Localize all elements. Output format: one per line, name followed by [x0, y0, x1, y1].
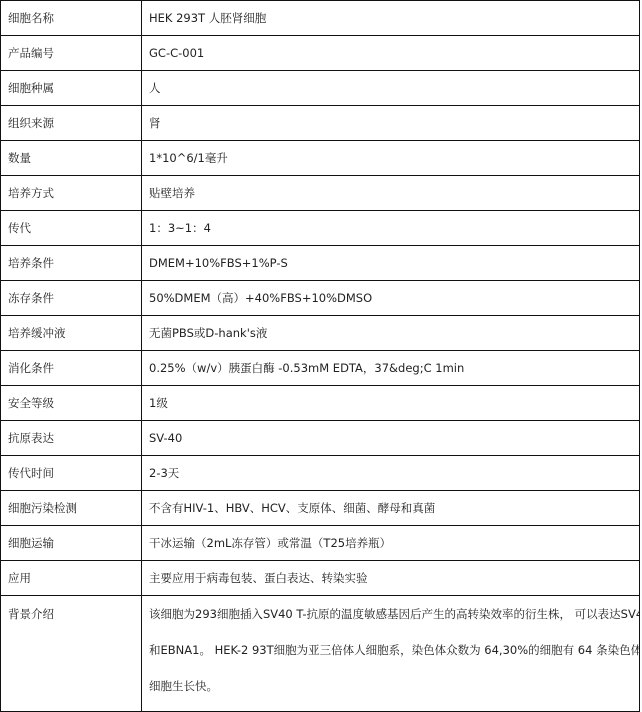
row-label: 组织来源 [1, 106, 142, 141]
row-value: 不含有HIV-1、HBV、HCV、支原体、细菌、酵母和真菌 [142, 491, 640, 526]
row-value: 50%DMEM（高）+40%FBS+10%DMSO [142, 281, 640, 316]
table-row-digestion: 消化条件 0.25%（w/v）胰蛋白酶 -0.53mM EDTA，37&deg;… [1, 351, 640, 386]
row-label: 培养条件 [1, 246, 142, 281]
row-value: 干冰运输（2mL冻存管）或常温（T25培养瓶） [142, 526, 640, 561]
row-value: 1*10^6/1毫升 [142, 141, 640, 176]
row-label: 抗原表达 [1, 421, 142, 456]
table-row-quantity: 数量 1*10^6/1毫升 [1, 141, 640, 176]
row-label: 应用 [1, 561, 142, 596]
row-label: 培养缓冲液 [1, 316, 142, 351]
row-label: 细胞运输 [1, 526, 142, 561]
row-label: 产品编号 [1, 36, 142, 71]
row-value: 肾 [142, 106, 640, 141]
table-row-culture-conditions: 培养条件 DMEM+10%FBS+1%P-S [1, 246, 640, 281]
row-label: 细胞污染检测 [1, 491, 142, 526]
background-line: 和EBNA1。 HEK-2 93T细胞为亚三倍体人细胞系，染色体众数为 64,3… [149, 632, 632, 668]
table-row-species: 细胞种属 人 [1, 71, 640, 106]
row-label: 培养方式 [1, 176, 142, 211]
table-row-freezing-conditions: 冻存条件 50%DMEM（高）+40%FBS+10%DMSO [1, 281, 640, 316]
row-label: 消化条件 [1, 351, 142, 386]
table-row-contamination: 细胞污染检测 不含有HIV-1、HBV、HCV、支原体、细菌、酵母和真菌 [1, 491, 640, 526]
background-line: 该细胞为293细胞插入SV40 T-抗原的温度敏感基因后产生的高转染效率的衍生株… [149, 596, 632, 632]
row-value: 1级 [142, 386, 640, 421]
row-value: 贴壁培养 [142, 176, 640, 211]
row-label: 安全等级 [1, 386, 142, 421]
table-row-shipping: 细胞运输 干冰运输（2mL冻存管）或常温（T25培养瓶） [1, 526, 640, 561]
table-row-buffer: 培养缓冲液 无菌PBS或D-hank's液 [1, 316, 640, 351]
row-value: 主要应用于病毒包装、蛋白表达、转染实验 [142, 561, 640, 596]
table-row-application: 应用 主要应用于病毒包装、蛋白表达、转染实验 [1, 561, 640, 596]
table-row-product-code: 产品编号 GC-C-001 [1, 36, 640, 71]
table-row-tissue-source: 组织来源 肾 [1, 106, 640, 141]
row-value: DMEM+10%FBS+1%P-S [142, 246, 640, 281]
row-label: 数量 [1, 141, 142, 176]
row-value: SV-40 [142, 421, 640, 456]
table-row-safety-level: 安全等级 1级 [1, 386, 640, 421]
table-row-cell-name: 细胞名称 HEK 293T 人胚肾细胞 [1, 1, 640, 36]
row-label: 传代时间 [1, 456, 142, 491]
row-label: 冻存条件 [1, 281, 142, 316]
table-row-culture-method: 培养方式 贴壁培养 [1, 176, 640, 211]
row-value: 无菌PBS或D-hank's液 [142, 316, 640, 351]
background-text: 该细胞为293细胞插入SV40 T-抗原的温度敏感基因后产生的高转染效率的衍生株… [142, 596, 640, 710]
cell-spec-table: 细胞名称 HEK 293T 人胚肾细胞 产品编号 GC-C-001 细胞种属 人… [0, 0, 640, 709]
background-line: 细胞生长快。 [149, 668, 632, 704]
table-row-passage-time: 传代时间 2-3天 [1, 456, 640, 491]
row-label: 细胞名称 [1, 1, 142, 36]
row-value: HEK 293T 人胚肾细胞 [142, 1, 640, 36]
row-label: 传代 [1, 211, 142, 246]
table-row-background: 背景介绍 该细胞为293细胞插入SV40 T-抗原的温度敏感基因后产生的高转染效… [1, 596, 640, 710]
row-value: 人 [142, 71, 640, 106]
row-value: GC-C-001 [142, 36, 640, 71]
row-value: 2-3天 [142, 456, 640, 491]
table-row-passage: 传代 1：3~1：4 [1, 211, 640, 246]
table-row-antigen: 抗原表达 SV-40 [1, 421, 640, 456]
row-label: 背景介绍 [1, 596, 142, 710]
row-value: 0.25%（w/v）胰蛋白酶 -0.53mM EDTA，37&deg;C 1mi… [142, 351, 640, 386]
row-label: 细胞种属 [1, 71, 142, 106]
row-value: 1：3~1：4 [142, 211, 640, 246]
